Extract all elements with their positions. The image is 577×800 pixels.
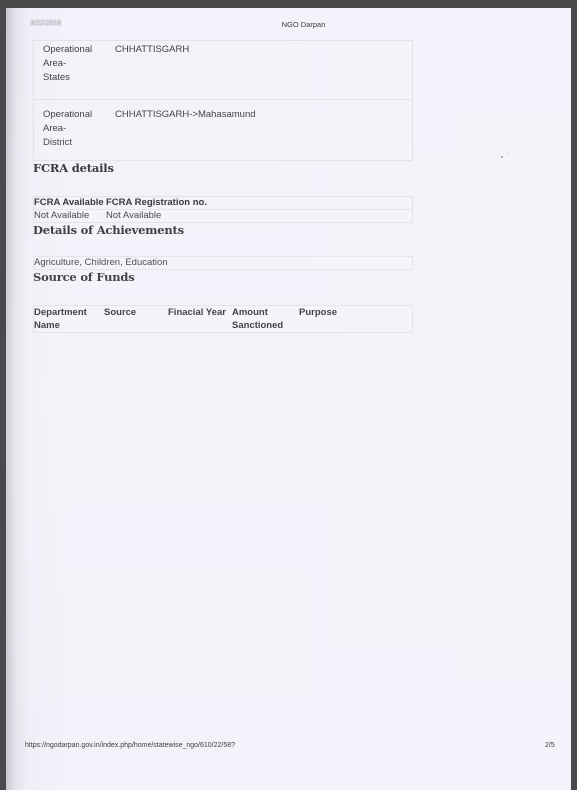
scan-speck [501,156,503,158]
financial-year-header: Finacial Year [168,306,232,333]
print-footer-url: https://ngodarpan.gov.in/index.php/home/… [25,742,235,749]
achievements-table: Agriculture, Children, Education [33,256,413,270]
amount-sanctioned-header: Amount Sanctioned [232,306,299,333]
printed-page: 3/22/2018 NGO Darpan Operational Area- S… [6,8,571,790]
table-header-row: FCRA Available FCRA Registration no. [34,197,413,210]
fcra-available-header: FCRA Available [34,197,107,210]
print-title: NGO Darpan [6,20,571,29]
operational-area-states-label: Operational Area- States [34,41,106,100]
operational-area-district-value: CHHATTISGARH->Mahasamund [105,100,413,161]
source-header: Source [104,306,168,333]
scan-speck [507,153,508,154]
purpose-header: Purpose [299,306,413,333]
table-row: Operational Area- States CHHATTISGARH [34,41,413,100]
source-of-funds-table: Department Name Source Finacial Year Amo… [33,305,413,333]
fcra-section-title: FCRA details [33,161,413,175]
source-of-funds-section-title: Source of Funds [33,270,413,284]
page-content: Operational Area- States CHHATTISGARH Op… [33,32,413,333]
fcra-available-value: Not Available [34,210,107,223]
achievements-value: Agriculture, Children, Education [34,257,413,270]
table-row: Agriculture, Children, Education [34,257,413,270]
operational-area-district-label: Operational Area- District [34,100,106,161]
table-row: Not Available Not Available [34,210,413,223]
print-page-number: 2/5 [545,742,555,749]
fcra-table: FCRA Available FCRA Registration no. Not… [33,196,413,223]
fcra-registration-value: Not Available [106,210,413,223]
fcra-registration-header: FCRA Registration no. [106,197,413,210]
table-header-row: Department Name Source Finacial Year Amo… [34,306,413,333]
operational-area-table: Operational Area- States CHHATTISGARH Op… [33,40,413,161]
achievements-section-title: Details of Achievements [33,223,413,237]
table-row: Operational Area- District CHHATTISGARH-… [34,100,413,161]
department-name-header: Department Name [34,306,105,333]
operational-area-states-value: CHHATTISGARH [105,41,413,100]
